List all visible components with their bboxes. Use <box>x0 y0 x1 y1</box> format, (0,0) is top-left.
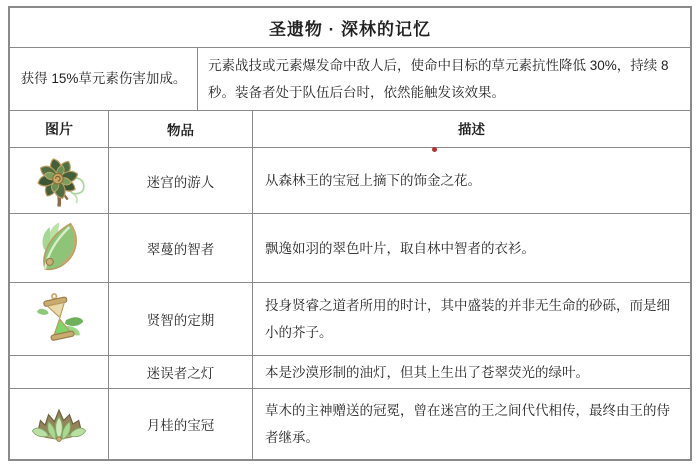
set-effects-row: 获得 15%草元素伤害加成。 元素战技或元素爆发命中敌人后，使命中目标的草元素抗… <box>10 47 690 110</box>
circlet-artifact-icon <box>23 394 95 454</box>
item-name: 贤智的定期 <box>108 283 252 355</box>
table-title-row: 圣遗物 · 深林的记忆 <box>10 8 690 47</box>
item-name: 迷宫的游人 <box>108 148 252 213</box>
red-dot-marker <box>432 147 437 152</box>
item-name: 迷误者之灯 <box>108 356 252 388</box>
page-title: 圣遗物 · 深林的记忆 <box>269 15 431 40</box>
column-header-description: 描述 <box>252 111 690 147</box>
item-name: 月桂的宝冠 <box>108 389 252 459</box>
table-row: 迷误者之灯 本是沙漠形制的油灯，但其上生出了苍翠荧光的绿叶。 <box>10 355 690 388</box>
plume-artifact-icon <box>23 218 95 278</box>
table-header-row: 图片 物品 描述 <box>10 110 690 147</box>
table-row: 月桂的宝冠 草木的主神赠送的冠冕，曾在迷宫的王之间代代相传，最终由王的侍者继承。 <box>10 388 690 459</box>
two-piece-effect: 获得 15%草元素伤害加成。 <box>10 48 197 110</box>
item-description: 飘逸如羽的翠色叶片，取自林中智者的衣衫。 <box>252 214 690 282</box>
item-image-cell <box>10 283 108 355</box>
table-row: 迷宫的游人 从森林王的宝冠上摘下的饰金之花。 <box>10 147 690 213</box>
item-description: 草木的主神赠送的冠冕，曾在迷宫的王之间代代相传，最终由王的侍者继承。 <box>252 389 690 459</box>
item-image-cell <box>10 148 108 213</box>
column-header-image: 图片 <box>10 111 108 147</box>
column-header-item: 物品 <box>108 111 252 147</box>
flower-artifact-icon <box>23 151 95 211</box>
item-description: 投身贤睿之道者所用的时计，其中盛装的并非无生命的砂砾，而是细小的芥子。 <box>252 283 690 355</box>
page: 圣遗物 · 深林的记忆 获得 15%草元素伤害加成。 元素战技或元素爆发命中敌人… <box>0 0 700 470</box>
artifact-table: 圣遗物 · 深林的记忆 获得 15%草元素伤害加成。 元素战技或元素爆发命中敌人… <box>8 6 692 461</box>
table-row: 贤智的定期 投身贤睿之道者所用的时计，其中盛装的并非无生命的砂砾，而是细小的芥子… <box>10 282 690 355</box>
sands-artifact-icon <box>23 289 95 349</box>
item-name: 翠蔓的智者 <box>108 214 252 282</box>
item-image-cell <box>10 214 108 282</box>
item-description: 本是沙漠形制的油灯，但其上生出了苍翠荧光的绿叶。 <box>252 356 690 388</box>
table-row: 翠蔓的智者 飘逸如羽的翠色叶片，取自林中智者的衣衫。 <box>10 213 690 282</box>
four-piece-effect: 元素战技或元素爆发命中敌人后，使命中目标的草元素抗性降低 30%，持续 8 秒。… <box>197 48 690 110</box>
item-description: 从森林王的宝冠上摘下的饰金之花。 <box>252 148 690 213</box>
item-image-cell-empty <box>10 356 108 388</box>
item-image-cell <box>10 389 108 459</box>
